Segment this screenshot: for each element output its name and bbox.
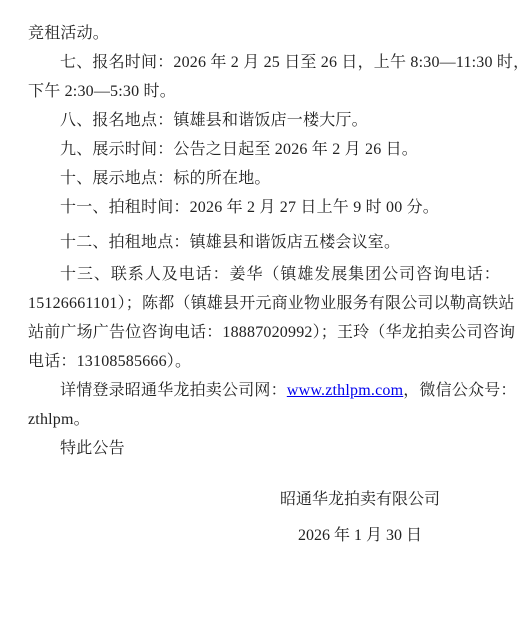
para-item10: 十、展示地点：标的所在地。 — [28, 164, 500, 193]
website-text-prefix: 详情登录昭通华龙拍卖公司网： — [60, 382, 287, 399]
para-item7-line1: 七、报名时间：2026 年 2 月 25 日至 26 日，上午 8:30—11:… — [28, 48, 500, 77]
para-item11: 十一、拍租时间：2026 年 2 月 27 日上午 9 时 00 分。 — [28, 193, 500, 222]
para-prev-tail: 竞租活动。 — [28, 19, 500, 48]
signature-block: 昭通华龙拍卖有限公司 2026 年 1 月 30 日 — [260, 485, 460, 550]
document-page: 竞租活动。 七、报名时间：2026 年 2 月 25 日至 26 日，上午 8:… — [0, 0, 531, 633]
para-item13-line4: 电话：13108585666）。 — [28, 347, 500, 376]
para-item12: 十二、拍租地点：镇雄县和谐饭店五楼会议室。 — [28, 228, 500, 257]
website-text-suffix: ，微信公众号： — [403, 382, 516, 399]
para-item13-line1: 十三、联系人及电话：姜华（镇雄发展集团公司咨询电话： — [28, 260, 500, 289]
signature-company: 昭通华龙拍卖有限公司 — [260, 485, 460, 514]
para-website-line2: zthlpm。 — [28, 405, 500, 434]
para-item13-line2: 15126661101）；陈都（镇雄县开元商业物业服务有限公司以勒高铁站 — [28, 289, 500, 318]
para-item13-line3: 站前广场广告位咨询电话：18887020992）；王玲（华龙拍卖公司咨询 — [28, 318, 500, 347]
para-item9: 九、展示时间：公告之日起至 2026 年 2 月 26 日。 — [28, 135, 500, 164]
closing-statement: 特此公告 — [28, 434, 500, 463]
website-link[interactable]: www.zthlpm.com — [287, 382, 403, 399]
para-item8: 八、报名地点：镇雄县和谐饭店一楼大厅。 — [28, 106, 500, 135]
para-item7-line2: 下午 2:30—5:30 时。 — [28, 77, 500, 106]
signature-date: 2026 年 1 月 30 日 — [260, 521, 460, 550]
para-website-line1: 详情登录昭通华龙拍卖公司网：www.zthlpm.com，微信公众号： — [28, 376, 500, 405]
